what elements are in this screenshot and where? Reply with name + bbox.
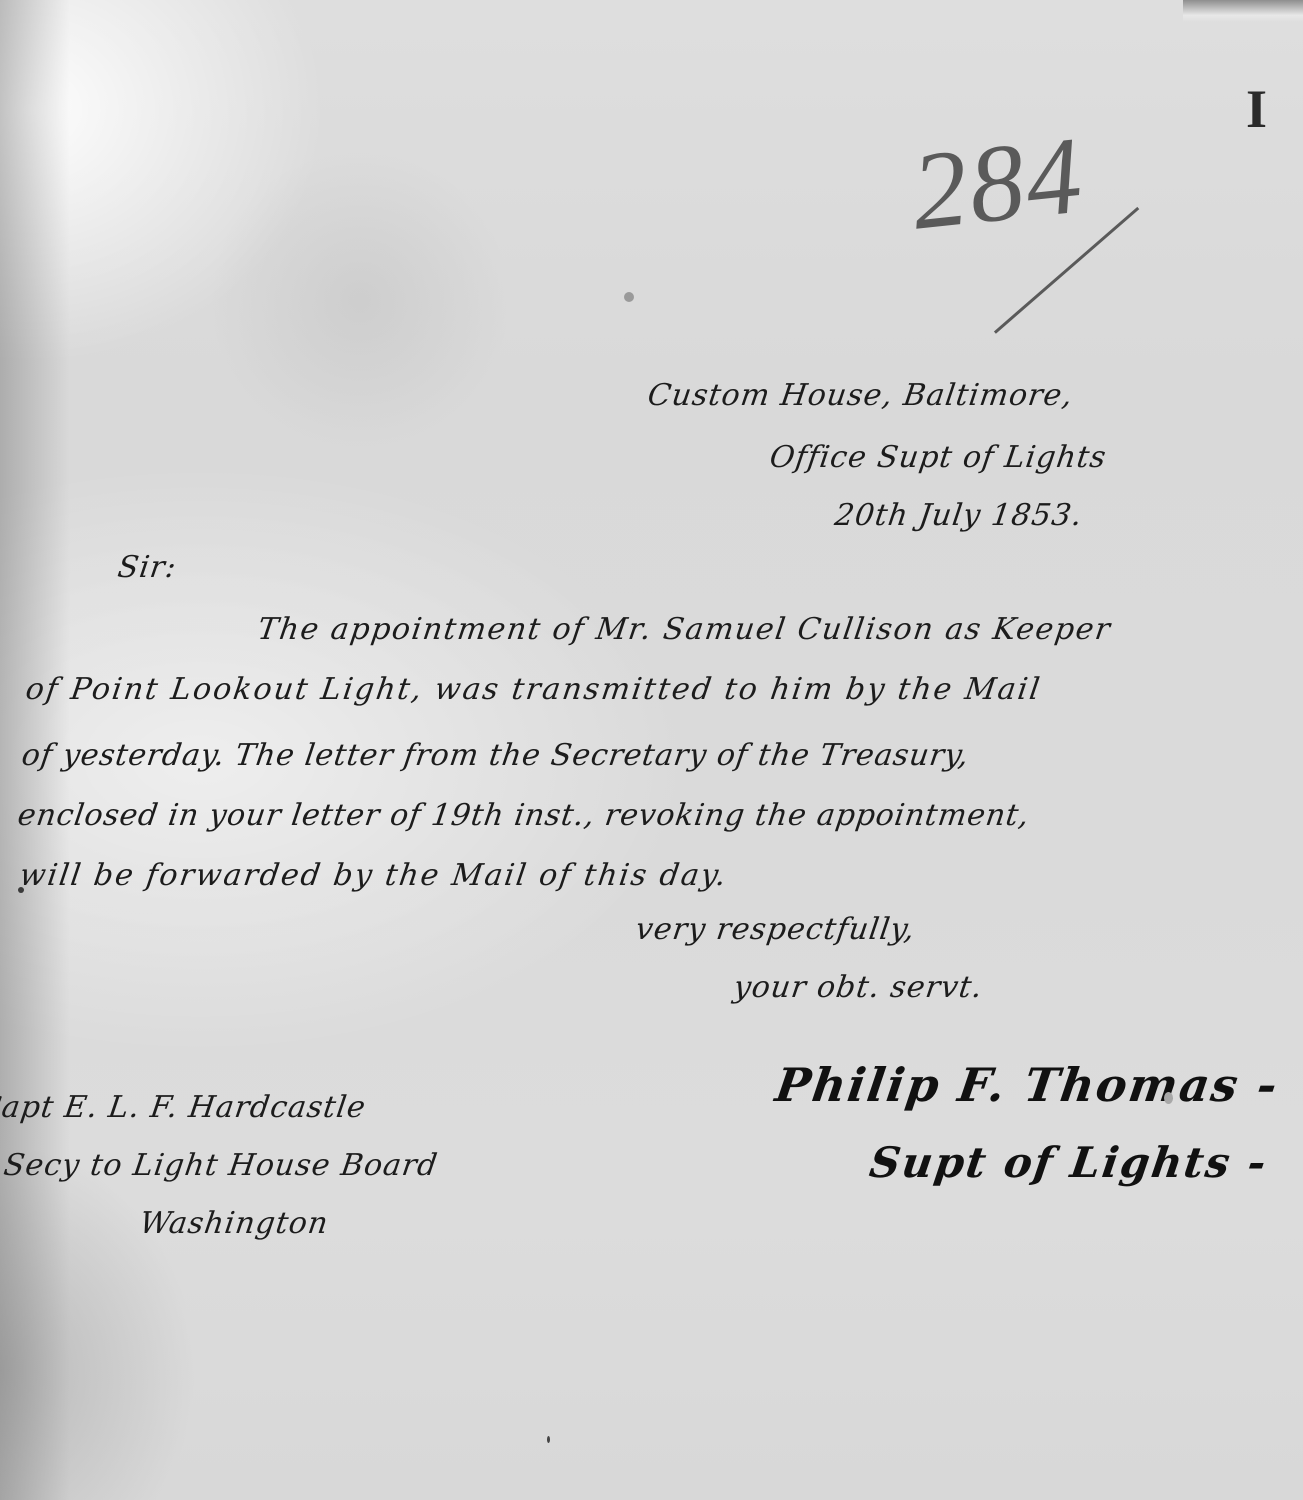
addressee-title: Secy to Light House Board — [2, 1148, 441, 1183]
addressee-name: Capt E. L. F. Hardcastle — [0, 1090, 368, 1125]
closing-line-2: your obt. servt. — [732, 970, 986, 1005]
body-line-1: The appointment of Mr. Samuel Cullison a… — [256, 612, 1114, 647]
heading-location: Custom House, Baltimore, — [646, 378, 1076, 413]
ink-speck — [18, 887, 24, 893]
body-line-5: will be forwarded by the Mail of this da… — [18, 858, 730, 893]
body-line-4: enclosed in your letter of 19th inst., r… — [16, 798, 1032, 833]
salutation: Sir: — [116, 550, 180, 585]
pencil-document-number: 284 — [906, 111, 1089, 255]
page-top-edge — [1183, 0, 1303, 22]
lower-left-shadow — [0, 1150, 300, 1500]
heading-date: 20th July 1853. — [833, 498, 1085, 533]
addressee-city: Washington — [138, 1206, 331, 1241]
ink-speck — [547, 1436, 550, 1443]
closing-line-1: very respectfully, — [634, 912, 918, 947]
folio-mark: I — [1246, 78, 1267, 140]
paper-stain — [160, 100, 560, 500]
body-line-3: of yesterday. The letter from the Secret… — [20, 738, 972, 773]
body-line-2: of Point Lookout Light, was transmitted … — [24, 672, 1044, 707]
heading-office: Office Supt of Lights — [768, 440, 1109, 475]
signature-name: Philip F. Thomas - — [772, 1058, 1282, 1112]
scanned-letter-page: I 284 Custom House, Baltimore, Office Su… — [0, 0, 1303, 1500]
paper-spot — [1164, 1092, 1173, 1104]
paper-spot — [624, 292, 634, 302]
signature-title: Supt of Lights - — [867, 1138, 1271, 1187]
